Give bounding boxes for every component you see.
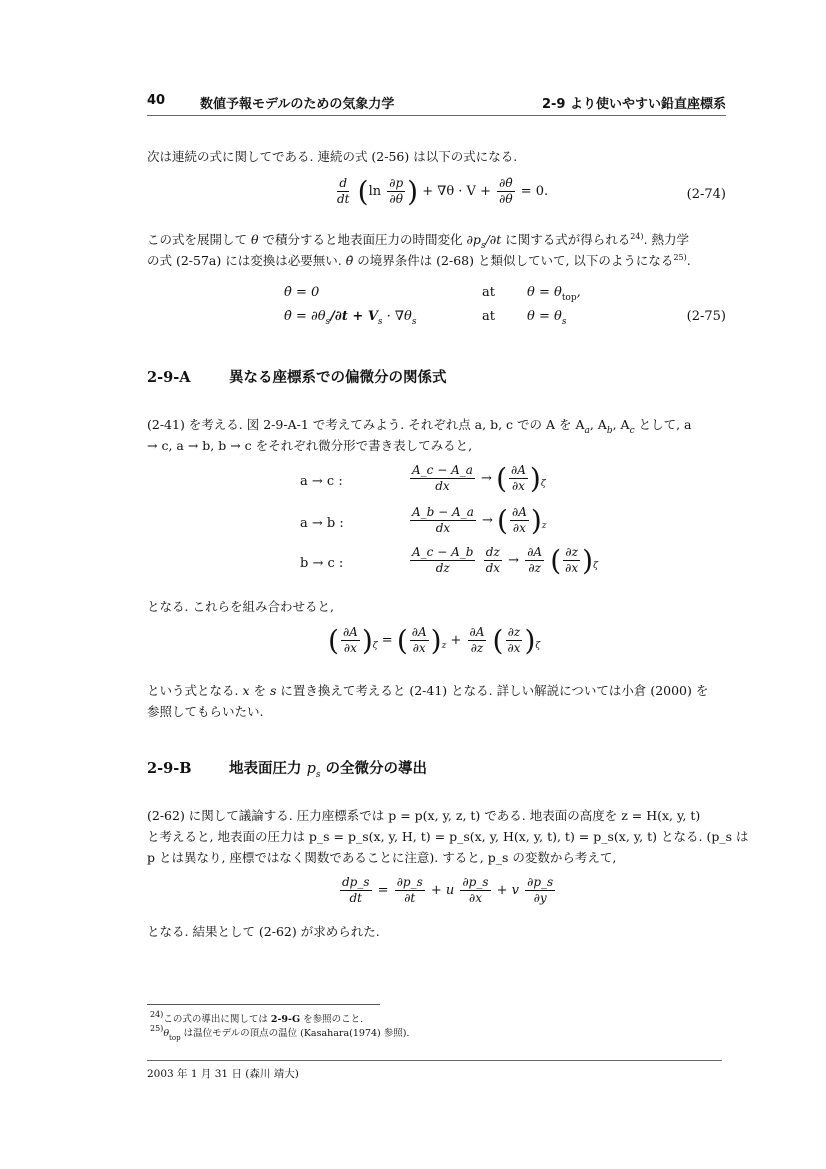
paragraph-section-b-line1: (2-62) に関して議論する. 圧力座標系では p = p(x, y, z, …	[147, 805, 700, 826]
paragraph-conclusion-line1: という式となる. x を s に置き換えて考えると (2-41) となる. 詳し…	[147, 680, 708, 701]
paragraph-result: となる. 結果として (2-62) が求められた.	[147, 921, 380, 942]
at-label: at	[482, 285, 495, 300]
footnote-rule	[147, 1004, 380, 1005]
paragraph-section-a-line2: → c, a → b, b → c をそれぞれ微分形で書き表してみると,	[147, 435, 472, 456]
row-label-a-b: a → b :	[300, 516, 344, 531]
row-expr-a-b: A_b − A_adx → (∂A∂x)z	[408, 504, 547, 537]
equation-2-75-row1-lhs: θ̇ = 0	[284, 285, 319, 300]
fraction-dp-dtheta: ∂p∂θ	[387, 176, 405, 207]
section-heading-2-9-b: 2-9-B地表面圧力 ps の全微分の導出	[147, 757, 427, 780]
header-rule	[147, 115, 726, 116]
equation-2-75-row1-cond: θ = θtop,	[527, 285, 581, 303]
at-label: at	[482, 309, 495, 324]
row-label-a-c: a → c :	[300, 474, 343, 489]
row-expr-a-c: A_c − A_adx → (∂A∂x)ζ	[408, 462, 546, 495]
equation-number: (2-75)	[687, 309, 726, 324]
equation-dps-dt: dp_sdt = ∂p_s∂t + u ∂p_s∂x + v ∂p_s∂y	[338, 875, 557, 906]
page-number: 40	[147, 93, 165, 108]
paragraph-integration-line2: の式 (2-57a) には変換は必要無い. θ̇ の境界条件は (2-68) と…	[147, 247, 691, 271]
equation-2-75-row2-lhs: θ̇ = ∂θs/∂t + Vs · ∇θs	[284, 309, 416, 327]
paragraph-section-b-line2: と考えると, 地表面の圧力は p_s = p_s(x, y, H, t) = p…	[147, 826, 748, 847]
row-expr-b-c: A_c − A_bdz dzdx → ∂A∂z (∂z∂x)ζ	[408, 544, 598, 577]
fraction-d-dt: ddt	[335, 176, 352, 207]
footer-rule	[147, 1060, 722, 1061]
paragraph-continuity: 次は連続の式に関してである. 連続の式 (2-56) は以下の式になる.	[147, 146, 517, 167]
book-title: 数値予報モデルのための気象力学	[200, 93, 394, 112]
footnote-ref-25[interactable]: 25)	[673, 253, 686, 262]
paragraph-conclusion-line2: 参照してもらいたい.	[147, 701, 263, 722]
equation-2-75-row2-cond: θ = θs	[527, 309, 566, 327]
fraction-dthetadot-dtheta: ∂θ̇∂θ	[497, 176, 514, 207]
footnote-ref-24[interactable]: 24)	[630, 232, 643, 241]
paragraph-section-b-line3: p とは異なり, 座標ではなく関数であることに注意). すると, p_s の変数…	[147, 847, 616, 868]
row-label-b-c: b → c :	[300, 556, 343, 571]
equation-number: (2-74)	[687, 187, 726, 202]
equation-combined: (∂A∂x)ζ = (∂A∂x)z + ∂A∂z (∂z∂x)ζ	[328, 624, 540, 657]
running-section-title: 2-9 より使いやすい鉛直座標系	[542, 93, 726, 112]
equation-2-74: ddt (ln ∂p∂θ) + ∇θ · V + ∂θ̇∂θ = 0.	[333, 175, 548, 208]
section-heading-2-9-a: 2-9-A異なる座標系での偏微分の関係式	[147, 366, 447, 387]
footnote-24: 24)この式の導出に関しては 2-9-G を参照のこと.	[150, 1010, 363, 1025]
paragraph-combine: となる. これらを組み合わせると,	[147, 596, 334, 617]
footer-date-author: 2003 年 1 月 31 日 (森川 靖大)	[147, 1066, 299, 1081]
footnote-25: 25)θtop は温位モデルの頂点の温位 (Kasahara(1974) 参照)…	[150, 1024, 409, 1042]
